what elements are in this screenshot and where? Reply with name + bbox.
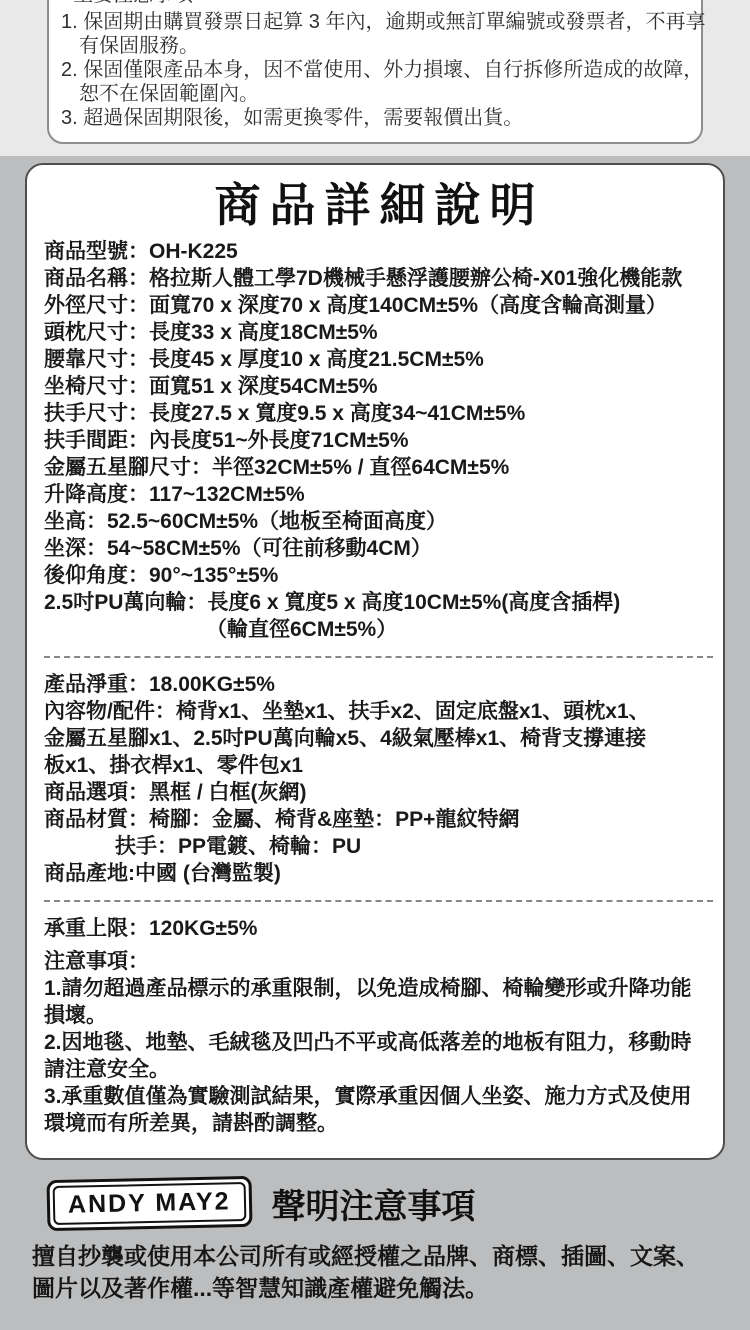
- spec-line: 腰靠尺寸：長度45 x 厚度10 x 高度21.5CM±5%: [44, 346, 715, 373]
- notice-line: 1.請勿超過產品標示的承重限制，以免造成椅腳、椅輪變形或升降功能: [44, 975, 715, 1002]
- logo-text: ANDY MAY2: [53, 1182, 246, 1225]
- spec-line: （輪直徑6CM±5%）: [44, 616, 715, 643]
- spec-line: 頭枕尺寸：長度33 x 高度18CM±5%: [44, 319, 715, 346]
- spec-lines: 商品型號：OH-K225商品名稱：格拉斯人體工學7D機械手懸浮護腰辦公椅-X01…: [44, 238, 715, 643]
- spec-line: 2.5吋PU萬向輪：長度6 x 寬度5 x 高度10CM±5%(高度含插桿): [44, 589, 715, 616]
- warranty-line: 恕不在保固範圍內。: [61, 82, 691, 106]
- package-line: 商品產地:中國 (台灣監製): [44, 860, 715, 887]
- warranty-line: 1. 保固期由購買發票日起算 3 年內，逾期或無訂單編號或發票者，不再享: [61, 10, 691, 34]
- spec-line: 坐高：52.5~60CM±5%（地板至椅面高度）: [44, 508, 715, 535]
- dashed-divider: [44, 656, 713, 658]
- package-line: 板x1、掛衣桿x1、零件包x1: [44, 752, 715, 779]
- copyright-line: 圖片以及著作權...等智慧知識產權避免觸法。: [32, 1272, 732, 1304]
- notice-line: 請注意安全。: [44, 1056, 715, 1083]
- spec-line: 外徑尺寸：面寬70 x 深度70 x 高度140CM±5%（高度含輪高測量）: [44, 292, 715, 319]
- andymay2-logo: ANDY MAY2: [46, 1176, 252, 1231]
- warranty-lines: 1. 保固期由購買發票日起算 3 年內，逾期或無訂單編號或發票者，不再享有保固服…: [61, 10, 691, 130]
- copyright-line: 擅自抄襲或使用本公司所有或經授權之品牌、商標、插圖、文案、: [32, 1240, 732, 1272]
- spec-line: 商品名稱：格拉斯人體工學7D機械手懸浮護腰辦公椅-X01強化機能款: [44, 265, 715, 292]
- notice-line: 3.承重數值僅為實驗測試結果，實際承重因個人坐姿、施力方式及使用: [44, 1083, 715, 1110]
- notice-line: 承重上限：120KG±5%: [44, 915, 715, 942]
- detail-title: 商品詳細說明: [44, 181, 715, 229]
- spec-line: 扶手尺寸：長度27.5 x 寬度9.5 x 高度34~41CM±5%: [44, 400, 715, 427]
- warranty-line: 3. 超過保固期限後，如需更換零件，需要報價出貨。: [61, 106, 691, 130]
- warranty-line: 2. 保固僅限產品本身，因不當使用、外力損壞、自行拆修所造成的故障，: [61, 58, 691, 82]
- package-line: 商品材質：椅腳：金屬、椅背&座墊：PP+龍紋特網: [44, 806, 715, 833]
- copyright-text: 擅自抄襲或使用本公司所有或經授權之品牌、商標、插圖、文案、圖片以及著作權...等…: [32, 1240, 732, 1304]
- dashed-divider: [44, 900, 713, 902]
- package-line: 扶手：PP電鍍、椅輪：PU: [44, 833, 715, 860]
- notice-line: 注意事項：: [44, 948, 715, 975]
- package-line: 金屬五星腳x1、2.5吋PU萬向輪x5、4級氣壓棒x1、椅背支撐連接: [44, 725, 715, 752]
- notice-line: 2.因地毯、地墊、毛絨毯及凹凸不平或高低落差的地板有阻力，移動時: [44, 1029, 715, 1056]
- notice-line: 環境而有所差異，請斟酌調整。: [44, 1110, 715, 1137]
- notice-lines: 承重上限：120KG±5%注意事項：1.請勿超過產品標示的承重限制，以免造成椅腳…: [44, 915, 715, 1137]
- declaration-heading: 聲明注意事項: [272, 1179, 476, 1228]
- spec-line: 坐椅尺寸：面寬51 x 深度54CM±5%: [44, 373, 715, 400]
- package-line: 內容物/配件：椅背x1、坐墊x1、扶手x2、固定底盤x1、頭枕x1、: [44, 698, 715, 725]
- footer: ANDY MAY2 聲明注意事項: [47, 1178, 476, 1229]
- notice-line: 損壞。: [44, 1002, 715, 1029]
- detail-box: 商品詳細說明 商品型號：OH-K225商品名稱：格拉斯人體工學7D機械手懸浮護腰…: [25, 163, 725, 1160]
- spec-line: 扶手間距：內長度51~外長度71CM±5%: [44, 427, 715, 454]
- spec-line: 升降高度：117~132CM±5%: [44, 481, 715, 508]
- spec-line: 後仰角度：90°~135°±5%: [44, 562, 715, 589]
- package-line: 商品選項：黑框 / 白框(灰網): [44, 779, 715, 806]
- package-line: 產品淨重：18.00KG±5%: [44, 671, 715, 698]
- spec-line: 坐深：54~58CM±5%（可往前移動4CM）: [44, 535, 715, 562]
- page: ●主要注意事項 1. 保固期由購買發票日起算 3 年內，逾期或無訂單編號或發票者…: [0, 0, 750, 1330]
- warranty-line: 有保固服務。: [61, 34, 691, 58]
- spec-line: 金屬五星腳尺寸：半徑32CM±5% / 直徑64CM±5%: [44, 454, 715, 481]
- warranty-box: ●主要注意事項 1. 保固期由購買發票日起算 3 年內，逾期或無訂單編號或發票者…: [47, 0, 703, 144]
- package-lines: 產品淨重：18.00KG±5%內容物/配件：椅背x1、坐墊x1、扶手x2、固定底…: [44, 671, 715, 887]
- warranty-heading-clipped: ●主要注意事項: [61, 0, 691, 6]
- spec-line: 商品型號：OH-K225: [44, 238, 715, 265]
